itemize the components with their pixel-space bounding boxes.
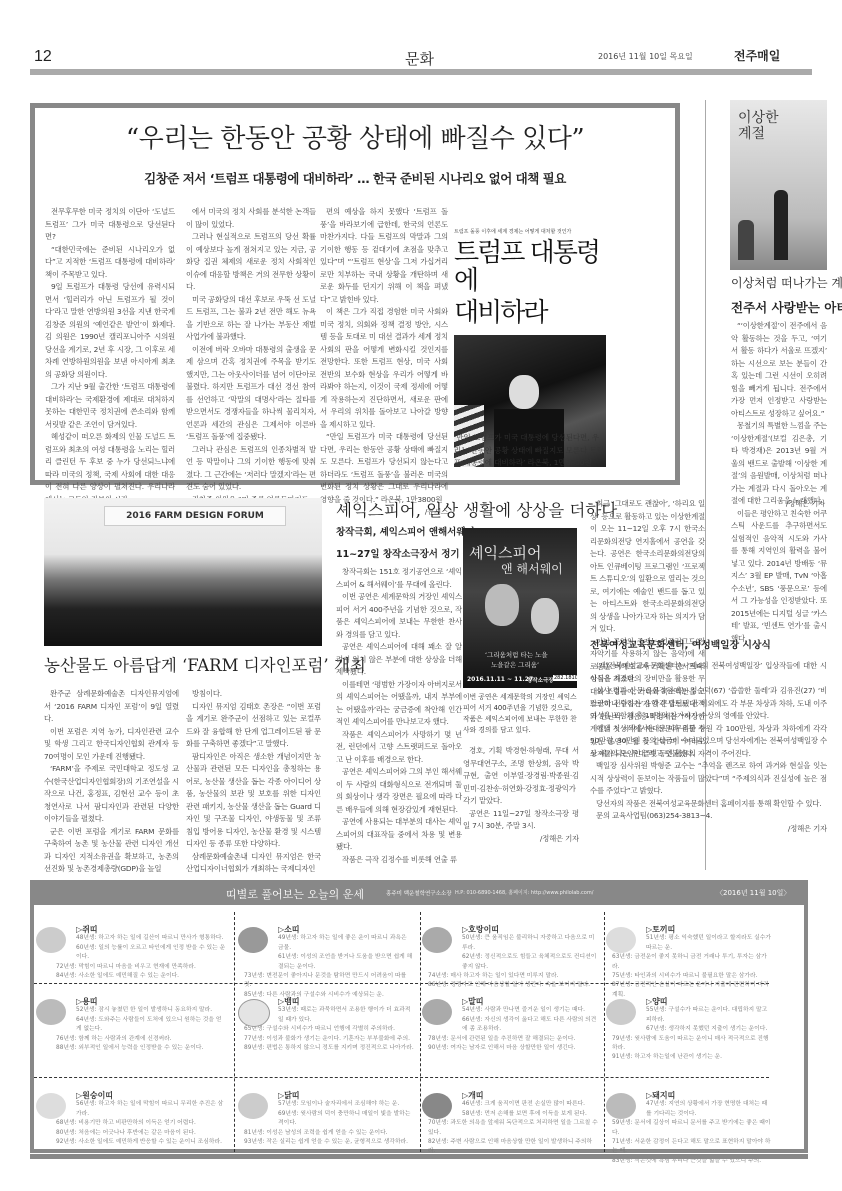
article4-headline: 이상처럼 떠나가는 계절의 아쉬움 담아	[731, 274, 841, 291]
fortune-line: 52년생: 잠시 놓쳤던 한 일이 발생하니 동요하지 말라.	[56, 1006, 226, 1015]
fortune-title: 띠별로 풀어보는 오늘의 운세	[226, 886, 364, 902]
article3-headline: 셰익스피어, 일상 생활에 상상을 더하다	[336, 497, 617, 521]
fortune-contact: H.P: 010-6890-1468, 홈페이지: http://www.phi…	[455, 889, 593, 896]
zodiac-name: ▷양띠	[612, 997, 772, 1006]
fortune-line: 66년생: 자신의 생각이 옳다고 해도 다른 사람의 의견에 좀 조용하라.	[428, 1016, 598, 1035]
article2-column-2: 방침이다. 디자인 뮤지엄 김태호 촌장은 “이번 포럼을 계기로 완주군이 선…	[186, 688, 321, 876]
paragraph: 이들은 평안하고 친숙한 어쿠스틱 사운드를 추구하면서도 실험적인 음악적 시…	[731, 508, 827, 646]
portrait-face	[509, 375, 539, 409]
fortune-line: 63년생: 금전운이 좋지 못하니 금전 거래나 투기, 투자는 삼가라.	[612, 953, 772, 972]
paragraph: (재)전북여성교육문화센터는 ‘제4회 전북여성백일장’ 입상작들에 대한 시상…	[590, 660, 827, 685]
paragraph: 9일 트럼프가 대통령 당선에 유력시되면서 ‘힐러리가 아닌 트럼프가 될 것…	[45, 281, 175, 381]
fortune-line: 62년생: 정신적으로도 힘들고 육체적으로도 컨디션이 좋지 않다.	[428, 953, 598, 972]
forum-banner: 2016 FARM DESIGN FORUM	[104, 506, 286, 526]
paragraph: 이 책은 그가 직접 경험한 미국 사회와 미국 정치, 의회와 정책 결정 방…	[320, 306, 448, 431]
paragraph: 창작극회는 151호 정기공연으로 ‘셰익스피어 & 해서웨이’를 무대에 올린…	[336, 566, 462, 591]
zodiac-name: ▷용띠	[56, 997, 226, 1006]
fortune-line: 90년생: 여자는 남자로 인해서 마음 상할만한 일이 생긴다.	[428, 1044, 598, 1053]
paragraph: 몽철기의 특별한 느낌을 주는 ‘이상한계절’(보컬 김은총, 기타 박경재)은…	[731, 420, 827, 508]
paragraph: 그가 지난 9월 출간한 ‘트럼프 대통령에 대비하라’는 국제환경에 제대로 …	[45, 381, 175, 431]
fortune-line: 81년생: 이성은 남성의 조력을 쉽게 얻을 수 있는 운이다.	[244, 1129, 414, 1138]
band-member-figure	[738, 220, 754, 260]
zodiac-name: ▷소띠	[244, 925, 414, 934]
poster-dates: 2016.11.11 ~ 11.27	[467, 676, 533, 683]
fortune-line: 55년생: 구설수가 따르는 운이다. 대립하지 말고 피하라.	[612, 1006, 772, 1025]
byline: /정해은 기자	[590, 823, 827, 836]
fortune-cell-snake: ▷뱀띠 53년생: 때로는 과묵하면서 조용한 행이가 더 효과적일 때가 있다…	[244, 997, 414, 1053]
fortune-cell-rooster: ▷닭띠 57년생: 모임이나 술자리에서 조심해야 하는 운. 69년생: 윗사…	[244, 1091, 414, 1147]
rat-icon	[36, 927, 66, 953]
fortune-line: 59년생: 문서에 길상이 따르니 문서를 주고 받기에는 좋은 때이다.	[612, 1119, 772, 1138]
fortune-author: 홍주미 백운철학연구소소장	[386, 889, 452, 897]
paragraph: 완주군 삼례문화예술촌 디자인뮤지엄에서 ‘2016 FARM 디자인 포럼’이…	[44, 688, 179, 726]
paragraph: 그러나 관심은 트럼프의 인종차별적 발언 등 막말이나 그의 기이한 행동에 …	[186, 444, 316, 494]
page-number: 12	[34, 48, 52, 66]
fortune-line: 48년생: 하고자 하는 일에 길산이 따르니 만사가 형통하다.	[56, 934, 226, 943]
paragraph: 팜디자인은 아직은 생소한 개념이지만 농산물과 관련된 모든 디자인을 총칭하…	[186, 751, 321, 851]
fortune-cell-monkey: ▷원숭이띠 56년생: 하고자 하는 일에 막힘이 따르니 무리한 추진은 삼가…	[56, 1091, 226, 1147]
fortune-line: 73년생: 변전문이 좋아지나 문것을 탐하면 만드시 어려움이 따를 것.	[244, 972, 414, 991]
paragraph: 이날 시상식에서는 산문과 운문 장원 각 100만원, 차상과 차하에게 각각…	[590, 723, 827, 761]
zodiac-name: ▷원숭이띠	[56, 1091, 226, 1100]
zodiac-name: ▷호랑이띠	[428, 925, 598, 934]
paragraph: 이번 공연은 세계문학의 거장인 셰익스피어 서거 400주년을 기념한 것으로…	[336, 591, 462, 641]
paragraph: “대한민국에는 준비된 시나리오가 없다”고 지적한 ‘트럼프 대통령에 대비하…	[45, 244, 175, 282]
paragraph: 당선자의 작품은 전북여성교육문화센터 홈페이지를 통해 확인할 수 있다.	[590, 798, 827, 811]
rabbit-icon	[606, 927, 636, 953]
paragraph: 작품은 극작 김정수를 비롯해 연출 류	[336, 854, 462, 867]
fortune-title-bar: 띠별로 풀어보는 오늘의 운세 홍주미 백운철학연구소소장 H.P: 010-6…	[30, 880, 808, 905]
paragraph: 백일장 심사위원 박형준 교수는 “추억을 렌즈로 하여 과거와 현실을 잇는 …	[590, 760, 827, 798]
zodiac-name: ▷돼지띠	[612, 1091, 772, 1100]
article3-subhead-2: 11~27일 창작소극장서 정기 공연	[336, 546, 481, 560]
article3-column-1: 창작극회는 151호 정기공연으로 ‘셰익스피어 & 해서웨이’를 무대에 올린…	[336, 566, 462, 866]
paragraph: 최근 ‘그대로도 괜찮아’, ‘하리요 일상’ 등으로 활동하고 있는 이상한계…	[590, 498, 705, 636]
band-photo-title: 이상한계절	[738, 110, 779, 142]
ox-icon	[238, 927, 268, 953]
fortune-line: 77년생: 이성과 불화가 생기는 운이다. 기혼자는 부부불화에 주의.	[244, 1035, 414, 1044]
poster-phone: 282.1810	[553, 675, 577, 681]
poster-caption: 이번 공연은 세계문학의 거장인 셰익스피어 서거 400주년을 기념한 것으로…	[463, 692, 579, 736]
paragraph: 군은 이번 포럼을 계기로 FARM 문화를 구축하여 농촌 및 농산물 관련 …	[44, 826, 179, 876]
fortune-line: 74년생: 매사 하고자 하는 일이 있다면 미루지 말라.	[428, 972, 598, 981]
poster-venue: 창작소극장	[527, 676, 554, 684]
pig-icon	[606, 1093, 636, 1119]
header-rule	[30, 69, 812, 75]
band-photo: 이상한계절	[730, 100, 827, 270]
zodiac-name: ▷토끼띠	[612, 925, 772, 934]
fortune-line: 64년생: 도와주는 사람들이 도처에 있으니 원하는 것을 얻게 없는다.	[56, 1016, 226, 1035]
article2-headline: 농산물도 아름답게 ‘FARM 디자인포럼’ 개최	[44, 652, 366, 676]
paragraph: 이전에 버락 오바마 대통령의 출생을 문제 삼으며 간혹 정치권에 주목을 받…	[186, 344, 316, 444]
fortune-date: 〈2016년 11월 10일〉	[716, 888, 790, 898]
snake-icon	[238, 999, 270, 1027]
fortune-line: 49년생: 하고자 하는 일에 좋은 운이 따르니 과욕은 금물.	[244, 934, 414, 953]
fortune-line: 57년생: 모임이나 술자리에서 조심해야 하는 운.	[244, 1100, 414, 1109]
rooster-icon	[238, 1093, 268, 1119]
fortune-cell-sheep: ▷양띠 55년생: 구설수가 따르는 운이다. 대립하지 말고 피하라. 67년…	[612, 997, 772, 1063]
horse-icon	[422, 999, 452, 1025]
paragraph: 이번 포럼은 지역 농가, 디자인관련 교수 및 학생 그리고 한국디자인협회 …	[44, 726, 179, 764]
paragraph: 공연은 11일~27일 창작소극장 평일 7시 30분, 주말 3시.	[463, 808, 579, 833]
dog-icon	[422, 1093, 452, 1119]
sheep-icon	[606, 999, 636, 1025]
article4-body: “‘이상한계절’이 전주에서 음악 활동하는 것을 두고, ‘여기서 활동 하다…	[731, 320, 827, 645]
zodiac-name: ▷쥐띠	[56, 925, 226, 934]
fortune-line: 84년생: 사소한 일에도 예민해질 수 있는 운이다.	[56, 972, 226, 981]
book-title-line2: 대비하라	[454, 299, 606, 327]
poster-title-2: 앤 해서웨이	[501, 560, 563, 577]
footer-rule	[30, 1154, 808, 1159]
fortune-cell-tiger: ▷호랑이띠 50년생: 큰 움직임은 불리하니 자중하고 다음으로 미루라. 6…	[428, 925, 598, 991]
article5-headline: 전북여성교육문화센터, 여성백일장 시상식	[590, 637, 771, 651]
fortune-line: 75년생: 타인과의 시비수가 따르니 불필요한 말은 삼가라.	[612, 972, 772, 981]
fortune-line: 76년생: 함께 하는 사람과의 관계에 신경써라.	[56, 1035, 226, 1044]
fortune-line: 56년생: 하고자 하는 일에 막힘이 따르니 무리한 추진은 삼가라.	[56, 1100, 226, 1119]
fortune-line: 46년생: 크게 움직이면 판전 손실만 많이 따른다.	[428, 1100, 598, 1109]
tiger-icon	[422, 927, 452, 953]
fortune-line: 69년생: 윗사람의 덕이 충만하니 매일이 빛을 발하는 격이다.	[244, 1110, 414, 1129]
paragraph: 공연은 셰익스피어와 그의 부인 해서웨이 두 사람의 대화형식으로 전개되며 …	[336, 766, 462, 816]
article5-body: (재)전북여성교육문화센터는 ‘제4회 전북여성백일장’ 입상작들에 대한 시상…	[590, 660, 827, 835]
zodiac-name: ▷뱀띠	[244, 997, 414, 1006]
article1-column-3: 편의 예상을 하지 못했다 ‘트럼프 돌풍’을 바라보기에 급한데, 한국의 언…	[320, 206, 448, 519]
fortune-line: 89년생: 편법은 통하지 않으니 정도를 지키며 정진적으로 나아가라.	[244, 1044, 414, 1053]
article1-headline: “우리는 한동안 공황 상태에 빠질수 있다”	[30, 118, 680, 155]
zodiac-name: ▷말띠	[428, 997, 598, 1006]
paragraph: 삼례문화예술촌내 디자인 뮤지엄은 한국산업디자이너협회가 개최하는 국제디자인	[186, 851, 321, 876]
poster-portrait-woman	[531, 598, 559, 634]
paragraph: 이를테면 ‘평범한 가장이자 아버지로서의 셰익스피어는 어땠을까, 내지 부부…	[336, 679, 462, 729]
fortune-line: 91년생: 하고자 하는일에 난관이 생기는 운.	[612, 1053, 772, 1062]
book-tagline: 트럼프 돌풍 이후에 세계 경제는 어떻게 대처할 것인가	[454, 228, 606, 235]
fortune-line: 92년생: 사소한 일에도 예민하게 반응할 수 있는 운이니 조심하라.	[56, 1138, 226, 1147]
fortune-line: 60년생: 일의 능률이 오르고 타인에게 인정 받을 수 있는 운이다.	[56, 944, 226, 963]
paragraph: “만일 트럼프가 미국 대통령에 당선된다면, 우리는 한동안 공황 상태에 빠…	[320, 431, 448, 506]
poster-tagline-1: ‘그리움처럼 타는 노을	[485, 650, 548, 659]
paragraph: 미국 공화당의 대선 후보로 우뚝 선 도널드 트럼프, 그는 불과 2년 전만…	[186, 294, 316, 344]
zodiac-name: ▷개띠	[428, 1091, 598, 1100]
byline: /정해은 기자	[463, 833, 579, 846]
fortune-line: 47년생: 지연의 상황에서 가장 현명한 대처는 때를 기다리는 것이다.	[612, 1100, 772, 1119]
fortune-line: 68년생: 비용기만 하고 비판만하의 이득은 얻기 어렵다.	[56, 1119, 226, 1128]
fortune-line: 79년생: 윗사람에 도움이 따르는 운이니 매사 적극적으로 진행하라.	[612, 1035, 772, 1054]
fortune-line: 51년생: 평소 익숙했던 일이라고 할지라도 실수가 따르는 운.	[612, 934, 772, 953]
fortune-line: 65년생: 구설수와 시비수가 따르니 언행에 각별히 주의하라.	[244, 1025, 414, 1034]
article1-subhead: 김창준 저서 ‘트럼프 대통령에 대비하라’ … 한국 준비된 시나리오 없어 …	[30, 169, 680, 187]
article4-subhead: 전주서 사랑받는 아티스트 ‘이상한계절’	[731, 298, 842, 316]
paragraph: 편의 예상을 하지 못했다 ‘트럼프 돌풍’을 바라보기에 급한데, 한국의 언…	[320, 206, 448, 306]
paragraph: 그러나 현실적으로 트럼프의 당선 확률이 예상보다 높게 점쳐지고 있는 지금…	[186, 231, 316, 294]
fortune-line: 61년생: 이성의 조언을 받거나 도움을 받으면 쉽게 해결되는 운이다.	[244, 953, 414, 972]
paragraph: 작품은 셰익스피어가 사망하기 몇 년 전, 런던에서 고향 스트랫퍼드로 돌아…	[336, 729, 462, 767]
grid-divider	[34, 1077, 769, 1078]
article1-column-2: 에서 미국의 정치 사회를 분석한 논객들이 많이 있었다. 그러나 현실적으로…	[186, 206, 316, 506]
article1-column-1: 전무후무한 미국 정치의 이단아 ‘도널드 트럼프’ 그가 미국 대통령으로 당…	[45, 206, 175, 506]
fortune-line: 78년생: 문서에 관련된 일을 추진하면 잘 해결되는 운이다.	[428, 1035, 598, 1044]
grid-divider	[604, 912, 605, 1152]
paragraph: ‘FARM’을 주제로 국민대학교 정도성 교수(한국산업디자인협회장)의 기조…	[44, 763, 179, 826]
play-poster: 셰익스피어 앤 해서웨이 ‘그리움처럼 타는 노을 노을같은 그리움’ 2016…	[463, 528, 577, 688]
article2-column-1: 완주군 삼례문화예술촌 디자인뮤지엄에서 ‘2016 FARM 디자인 포럼’이…	[44, 688, 179, 876]
fortune-line: 72년생: 막힘이 따르니 마음을 비우고 현재에 만족하라.	[56, 963, 226, 972]
paragraph: 에서 미국의 정치 사회를 분석한 논객들이 많이 있었다.	[186, 206, 316, 231]
paragraph: 공연은 셰익스피어에 대해 꽤소 잘 알려져 있지 않은 부분에 대한 상상을 …	[336, 641, 462, 679]
fortune-cell-rat: ▷쥐띠 48년생: 하고자 하는 일에 길산이 따르니 만사가 형통하다. 60…	[56, 925, 226, 981]
paragraph: “‘이상한계절’이 전주에서 음악 활동하는 것을 두고, ‘여기서 활동 하다…	[731, 320, 827, 420]
poster-portrait-man	[485, 584, 519, 626]
monkey-icon	[36, 1093, 66, 1119]
book-title-line1: 트럼프 대통령에	[454, 239, 606, 295]
newspaper-brand: 전주매일	[734, 47, 780, 64]
paragraph: 경호, 기획 박경현·하형래, 무대 서영무대연구소, 조명 한상희, 음악 박…	[463, 745, 579, 808]
fortune-cell-dog: ▷개띠 46년생: 크게 움직이면 판전 손실만 많이 따른다. 58년생: 먼…	[428, 1091, 598, 1157]
paragraph: 문의 교육사업팀(063)254-3813~4.	[590, 810, 827, 823]
book-cover-image: 트럼프 돌풍 이후에 세계 경제는 어떻게 대처할 것인가 트럼프 대통령에 대…	[454, 228, 606, 542]
fortune-line: 58년생: 먼저 손해를 보면 후에 이득을 보게 된다.	[428, 1110, 598, 1119]
paragraph: 디자인 뮤지엄 김태호 촌장은 “이번 포럼을 계기로 완주군이 선점하고 있는…	[186, 701, 321, 751]
fortune-line: 80년생: 처음에는 어긋나나 후반에는 같은 마음이 된다.	[56, 1129, 226, 1138]
fortune-line: 93년생: 작은 실리는 쉽게 얻을 수 있는 운, 균형적으로 생각하라.	[244, 1138, 414, 1147]
band-member-figure	[774, 190, 788, 260]
paragraph: 방침이다.	[186, 688, 321, 701]
grid-divider	[234, 912, 235, 1152]
book-caption: ‘만일 트럼프가 미국 대통령에 당선된다면, 우리는 한동안 공황 상태에 빠…	[454, 432, 606, 470]
fortune-cell-ox: ▷소띠 49년생: 하고자 하는 일에 좋은 운이 따르니 과욕은 금물. 61…	[244, 925, 414, 1000]
paragraph: 공연에 사용되는 대부분의 대사는 셰익스피어의 대표작들 중에서 차용 및 변…	[336, 816, 462, 854]
fortune-cell-dragon: ▷용띠 52년생: 잠시 놓쳤던 한 일이 발생하니 동요하지 말라. 64년생…	[56, 997, 226, 1053]
fortune-line: 86년생: 경쟁자로 인해 마음상할 일이 생긴다. 속을 보이지 말라.	[428, 981, 598, 990]
fortune-line: 54년생: 사람과 만나면 즐거운 일이 생기는 때다.	[428, 1006, 598, 1015]
grid-divider	[420, 912, 421, 1152]
section-title: 문화	[405, 48, 434, 69]
dragon-icon	[36, 999, 66, 1025]
fortune-line: 88년생: 외부적인 일에서 능력을 인정받을 수 있는 운이다.	[56, 1044, 226, 1053]
fortune-line: 70년생: 과도한 의욕을 앞세워 독단적으로 처리하면 일을 그르칠 수 있다…	[428, 1119, 598, 1138]
paragraph: 전무후무한 미국 정치의 이단아 ‘도널드 트럼프’ 그가 미국 대통령으로 당…	[45, 206, 175, 244]
fortune-cell-rabbit: ▷토끼띠 51년생: 평소 익숙했던 일이라고 할지라도 실수가 따르는 운. …	[612, 925, 772, 1000]
fortune-line: 50년생: 큰 움직임은 불리하니 자중하고 다음으로 미루라.	[428, 934, 598, 953]
paragraph: 심사 결과 산문·운문장원에는 정순덕(67) ‘씁쓸한 둘레’과 김유진(27…	[590, 685, 827, 723]
paragraph: 혜성같이 떠오른 화제의 인물 도널드 트럼프와 최초의 여성 대통령을 노리는…	[45, 431, 175, 506]
article4-byline: /정해은 기자	[715, 498, 825, 511]
zodiac-name: ▷닭띠	[244, 1091, 414, 1100]
farm-forum-photo: 2016 FARM DESIGN FORUM	[44, 498, 322, 646]
fortune-line: 67년생: 생각하지 못했던 지출이 생기는 운이다.	[612, 1025, 772, 1034]
article3-subhead-1: 창작극회, 셰익스피어 앤해서웨이	[336, 524, 475, 538]
poster-tagline-2: 노을같은 그리움’	[491, 660, 539, 669]
article3-column-2: 경호, 기획 박경현·하형래, 무대 서영무대연구소, 조명 한상희, 음악 박…	[463, 745, 579, 845]
issue-date: 2016년 11월 10일 목요일	[598, 51, 693, 62]
fortune-cell-horse: ▷말띠 54년생: 사람과 만나면 즐거운 일이 생기는 때다. 66년생: 자…	[428, 997, 598, 1053]
